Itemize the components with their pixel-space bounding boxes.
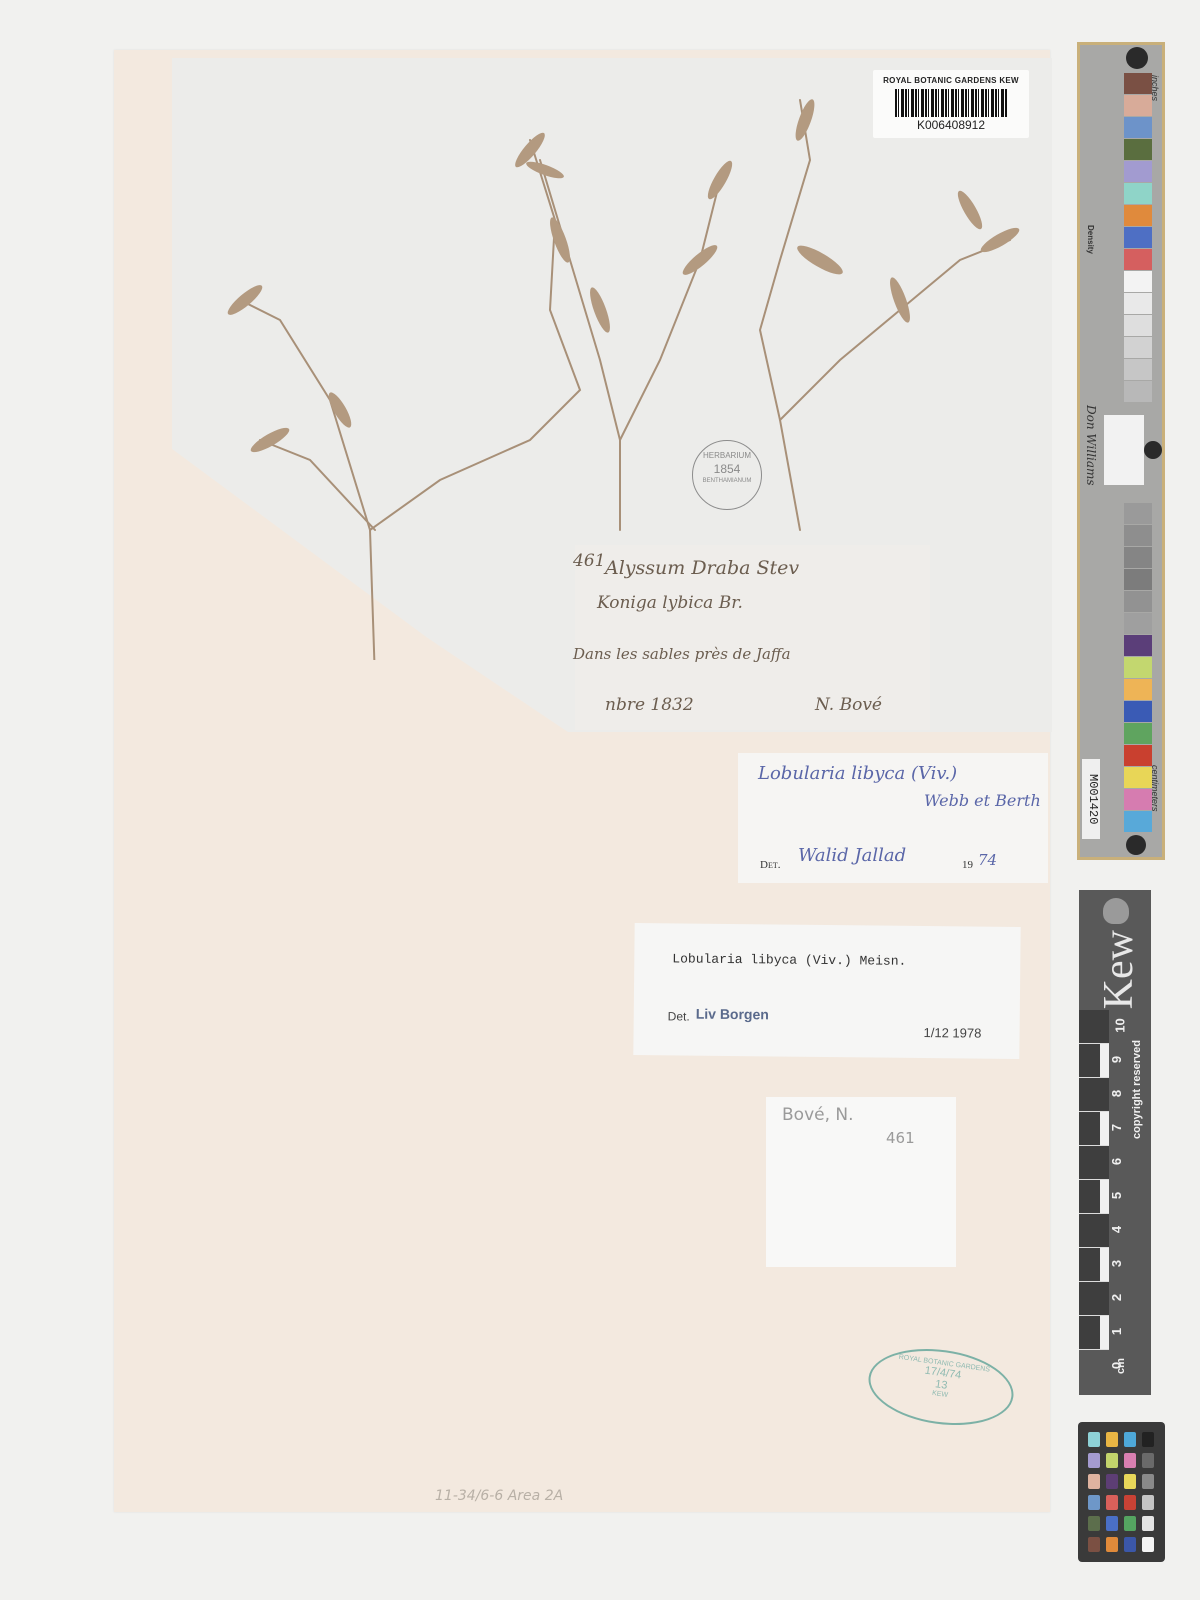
color-swatch — [1124, 161, 1152, 182]
royal-crest-icon — [1103, 898, 1129, 924]
color-swatch — [1124, 205, 1152, 226]
ruler-number: 10 — [1113, 1018, 1128, 1032]
color-chip — [1124, 1453, 1136, 1468]
color-swatch — [1124, 767, 1152, 788]
color-checker-card — [1078, 1422, 1165, 1562]
color-chip — [1106, 1495, 1118, 1510]
barcode-icon — [895, 89, 1007, 117]
det-year-suffix: 74 — [978, 851, 997, 869]
det-date: 1/12 1978 — [923, 1025, 981, 1041]
original-collection-label: 461 Alyssum Draba Stev Koniga lybica Br.… — [575, 545, 930, 730]
color-swatch — [1124, 359, 1152, 380]
color-swatch — [1124, 547, 1152, 568]
color-chip — [1124, 1516, 1136, 1531]
ruler-segment — [1079, 1214, 1109, 1248]
color-chip — [1142, 1474, 1154, 1489]
color-chip — [1106, 1432, 1118, 1447]
color-chip — [1106, 1537, 1118, 1552]
determiner-name: Liv Borgen — [696, 1006, 769, 1023]
color-chip — [1088, 1453, 1100, 1468]
color-swatch — [1124, 183, 1152, 204]
ruler-segment — [1079, 1180, 1109, 1214]
collection-date: nbre 1832 — [605, 695, 694, 715]
color-swatch — [1124, 503, 1152, 524]
color-swatch — [1124, 95, 1152, 116]
color-chip — [1142, 1537, 1154, 1552]
ruler-number: 5 — [1109, 1192, 1124, 1199]
ruler-number: 9 — [1109, 1056, 1124, 1063]
barcode-number: K006408912 — [873, 118, 1029, 132]
color-swatch — [1124, 789, 1152, 810]
cm-unit-label: cm — [1115, 1358, 1127, 1374]
collector-number: 461 — [886, 1129, 915, 1147]
locality-text: Dans les sables près de Jaffa — [573, 645, 791, 663]
det-name-line1: Lobularia libyca (Viv.) — [758, 763, 957, 784]
ruler-segment — [1079, 1112, 1109, 1146]
hole-icon — [1126, 47, 1148, 69]
color-chip — [1142, 1495, 1154, 1510]
density-label: Density — [1086, 225, 1095, 254]
kew-logo: Kew — [1095, 930, 1143, 1009]
color-swatch — [1124, 591, 1152, 612]
ruler-segment — [1079, 1044, 1109, 1078]
brand-label: Don Williams — [1084, 405, 1098, 486]
color-chip — [1106, 1516, 1118, 1531]
color-swatch — [1124, 657, 1152, 678]
ruler-segment — [1079, 1146, 1109, 1180]
color-chip — [1142, 1453, 1154, 1468]
color-swatch — [1124, 811, 1152, 832]
det-typed-name: Lobularia libyca (Viv.) Meisn. — [672, 951, 906, 968]
ruler-number: 8 — [1109, 1090, 1124, 1097]
centimeters-label: centimeters — [1150, 765, 1160, 812]
color-chip — [1088, 1495, 1100, 1510]
color-swatch — [1124, 381, 1152, 402]
color-chip — [1124, 1474, 1136, 1489]
stamp-year: 1854 — [693, 462, 761, 476]
determiner-name: Walid Jallad — [798, 845, 906, 866]
color-chip — [1124, 1537, 1136, 1552]
determination-slip-1974: Lobularia libyca (Viv.) Webb et Berth De… — [738, 753, 1048, 883]
color-chip — [1142, 1432, 1154, 1447]
color-swatch — [1124, 139, 1152, 160]
color-chip — [1106, 1453, 1118, 1468]
color-swatch — [1124, 679, 1152, 700]
color-swatch — [1124, 701, 1152, 722]
collector-index-label: Bové, N. 461 — [766, 1097, 956, 1267]
original-name-line2: Koniga lybica Br. — [597, 593, 743, 613]
color-chip — [1106, 1474, 1118, 1489]
collection-number: 461 — [573, 551, 605, 571]
color-swatch — [1124, 337, 1152, 358]
density-step-chart — [1104, 415, 1144, 485]
color-chip — [1142, 1516, 1154, 1531]
ruler-segment — [1079, 1282, 1109, 1316]
color-swatch — [1124, 271, 1152, 292]
color-swatch — [1124, 315, 1152, 336]
ruler-segment — [1079, 1248, 1109, 1282]
color-swatch — [1124, 227, 1152, 248]
ruler-segment — [1079, 1078, 1109, 1112]
color-chip — [1124, 1495, 1136, 1510]
ruler-number: 6 — [1109, 1158, 1124, 1165]
kew-scale-bar: Kew copyright reserved 012345678910 cm — [1079, 890, 1151, 1395]
color-bar-id: M001420 — [1082, 759, 1100, 839]
det-name-line2: Webb et Berth — [924, 791, 1041, 810]
color-chip — [1088, 1516, 1100, 1531]
color-chip — [1124, 1432, 1136, 1447]
ruler-segment — [1079, 1316, 1109, 1350]
color-swatch — [1124, 613, 1152, 634]
color-swatch — [1124, 249, 1152, 270]
original-name-line1: Alyssum Draba Stev — [605, 557, 799, 579]
stamp-top-text: HERBARIUM — [693, 451, 761, 460]
color-swatch — [1124, 723, 1152, 744]
color-swatch — [1124, 569, 1152, 590]
hole-icon — [1126, 835, 1146, 855]
ruler-number: 3 — [1109, 1260, 1124, 1267]
stamp-bottom-text: BENTHAMIANUM — [693, 478, 761, 484]
color-swatch — [1124, 635, 1152, 656]
ruler-number: 1 — [1109, 1328, 1124, 1335]
ruler-number: 2 — [1109, 1294, 1124, 1301]
determination-slip-1978: Lobularia libyca (Viv.) Meisn. Det. Liv … — [633, 923, 1020, 1059]
color-swatch — [1124, 745, 1152, 766]
color-calibration-bar: inches Density Don Williams M001420 cent… — [1077, 42, 1165, 860]
ruler-number: 4 — [1109, 1226, 1124, 1233]
herbarium-benthamianum-stamp: HERBARIUM 1854 BENTHAMIANUM — [692, 440, 762, 510]
ruler-number: 7 — [1109, 1124, 1124, 1131]
color-chip — [1088, 1537, 1100, 1552]
color-chip — [1088, 1474, 1100, 1489]
color-swatch — [1124, 293, 1152, 314]
ruler-segment — [1079, 1010, 1109, 1044]
copyright-text: copyright reserved — [1131, 1040, 1143, 1139]
color-swatch — [1124, 73, 1152, 94]
det-year-prefix: 19 — [962, 859, 973, 871]
det-label: Det. — [760, 859, 780, 871]
collector-name: Bové, N. — [782, 1105, 854, 1125]
institution-name: ROYAL BOTANIC GARDENS KEW — [873, 76, 1029, 85]
color-swatch — [1124, 525, 1152, 546]
accession-pencil-note: 11-34/6-6 Area 2A — [435, 1488, 563, 1504]
collector-name: N. Bové — [815, 695, 882, 715]
color-chip — [1088, 1432, 1100, 1447]
hole-icon — [1144, 441, 1162, 459]
det-label: Det. — [668, 1009, 690, 1023]
barcode-label: ROYAL BOTANIC GARDENS KEW K006408912 — [873, 70, 1029, 138]
color-swatch — [1124, 117, 1152, 138]
